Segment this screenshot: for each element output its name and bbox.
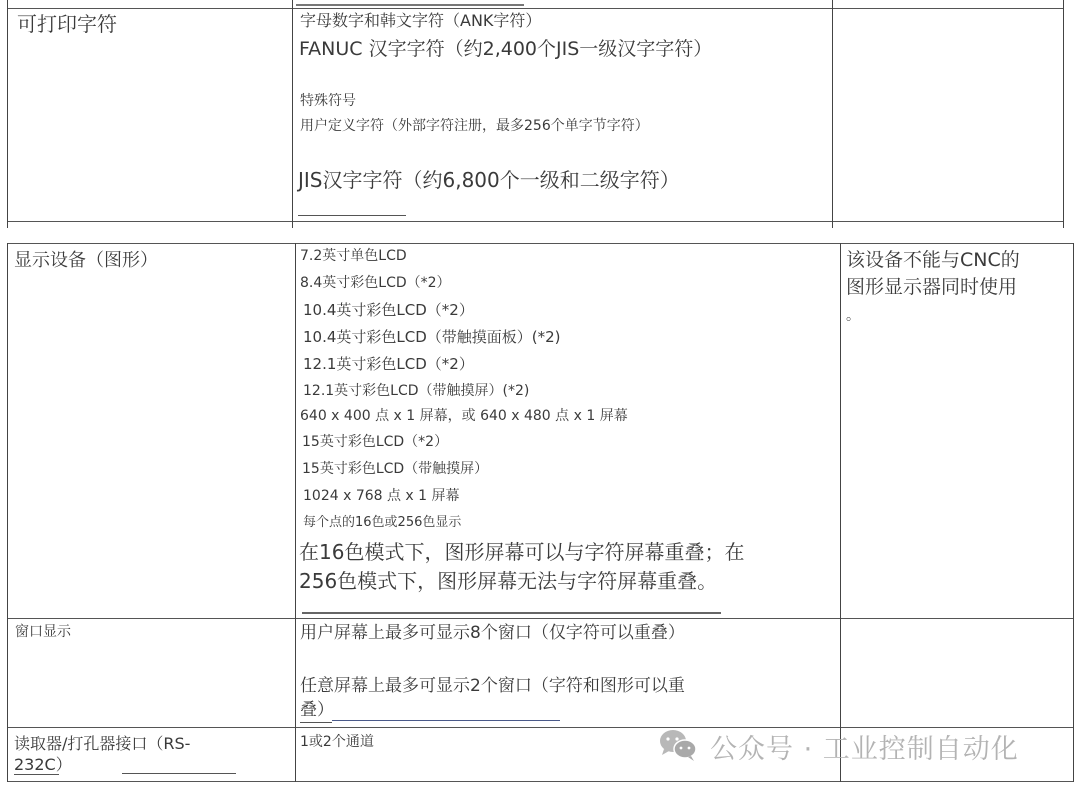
row-value-line: FANUC 汉字字符（约2,400个JIS一级汉字字符） [299, 39, 712, 61]
table-border [7, 618, 1074, 619]
underline-mark [302, 612, 721, 614]
row-value-line: 1024 x 768 点 x 1 屏幕 [303, 488, 460, 504]
table-border [7, 781, 1074, 782]
underline-mark [298, 215, 406, 216]
row-value-line: 12.1英寸彩色LCD（带触摸屏）(*2) [303, 383, 529, 399]
row-value-line: 叠） [300, 701, 334, 721]
row-value-line: 每个点的16色或256色显示 [303, 516, 461, 531]
row-value-line: 用户屏幕上最多可显示8个窗口（仅字符可以重叠） [300, 624, 685, 644]
table-border [7, 243, 8, 782]
table-border [832, 0, 833, 228]
row-note-line: 该设备不能与CNC的 [846, 250, 1020, 272]
row-value-line: 7.2英寸单色LCD [300, 248, 407, 264]
row-value-line: 640 x 400 点 x 1 屏幕，或 640 x 480 点 x 1 屏幕 [300, 408, 628, 424]
row-value-line: 特殊符号 [300, 93, 356, 109]
table-border [840, 243, 841, 782]
row-note-line: 图形显示器同时使用 [846, 277, 1017, 299]
table-border [7, 8, 1064, 9]
row-label: 窗口显示 [15, 624, 71, 640]
underline-mark [122, 773, 236, 774]
row-value-line: 12.1英寸彩色LCD（*2） [303, 356, 474, 373]
row-value-line: 1或2个通道 [300, 734, 374, 750]
table-border [295, 243, 296, 782]
row-value-line: 256色模式下，图形屏幕无法与字符屏幕重叠。 [299, 570, 717, 593]
underline-mark [296, 4, 524, 6]
watermark-text: 公众号 · 工业控制自动化 [710, 727, 1019, 766]
row-label: 可打印字符 [17, 13, 117, 36]
wechat-icon [658, 728, 698, 762]
row-note-line: 。 [846, 308, 860, 324]
row-value-line: JIS汉字字符（约6,800个一级和二级字符） [298, 169, 680, 192]
row-value-line: 用户定义字符（外部字符注册，最多256个单字节字符） [300, 118, 649, 134]
row-label: 显示设备（图形） [14, 251, 158, 272]
table-border [7, 0, 8, 228]
row-value-line: 15英寸彩色LCD（*2） [302, 434, 448, 450]
table-border [292, 0, 293, 228]
underline-mark [332, 720, 560, 721]
row-value-line: 8.4英寸彩色LCD（*2） [300, 275, 451, 291]
row-value-line: 字母数字和韩文字符（ANK字符） [300, 12, 541, 30]
row-value-line: 15英寸彩色LCD（带触摸屏） [302, 461, 488, 477]
row-value-line: 在16色模式下，图形屏幕可以与字符屏幕重叠；在 [299, 541, 744, 564]
row-value-line: 10.4英寸彩色LCD（*2） [303, 302, 474, 319]
underline-mark [300, 722, 332, 723]
table-border [1073, 243, 1074, 782]
row-value-line: 10.4英寸彩色LCD（带触摸面板）(*2) [303, 329, 561, 346]
table-border [7, 221, 1064, 222]
table-border [7, 243, 1074, 244]
row-label: 232C） [14, 756, 72, 774]
underline-mark [14, 774, 59, 775]
table-border [1063, 0, 1064, 228]
row-value-line: 任意屏幕上最多可显示2个窗口（字符和图形可以重 [300, 677, 685, 697]
row-label: 读取器/打孔器接口（RS- [14, 735, 190, 753]
